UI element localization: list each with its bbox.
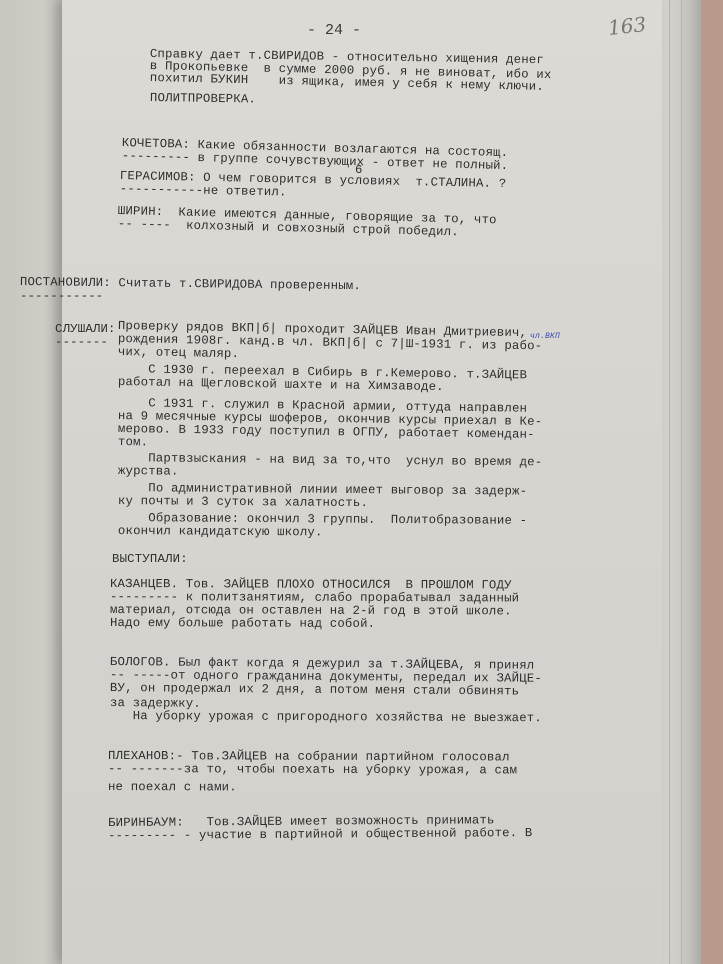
text-line: ку почты и 3 суток за халатность. <box>118 495 368 510</box>
text-line: журства. <box>118 465 179 479</box>
text-line: чих, отец маляр. <box>118 346 239 361</box>
speaker-line: ПОЛИТПРОВЕРКА. <box>150 92 256 106</box>
text-line: На уборку урожая с пригородного хозяйств… <box>110 710 542 725</box>
page-number: - 24 - <box>307 22 361 39</box>
speaker-line: ВЫСТУПАЛИ: <box>112 553 188 566</box>
text-line: -- -------за то, чтобы поехать на уборку… <box>108 763 517 777</box>
text-line: ----------- <box>20 290 103 303</box>
text-line: ------- <box>55 336 108 349</box>
text-line: чл.ВКП <box>530 330 560 343</box>
text-line: не поехал с нами. <box>108 781 237 794</box>
text-line: 6 <box>355 164 363 177</box>
folio-number: 163 <box>607 12 647 40</box>
text-line: Надо ему больше работать над собой. <box>110 617 375 631</box>
text-line: окончил кандидатскую школу. <box>118 525 323 539</box>
left-facing-page <box>0 0 70 964</box>
text-line: том. <box>118 436 149 449</box>
